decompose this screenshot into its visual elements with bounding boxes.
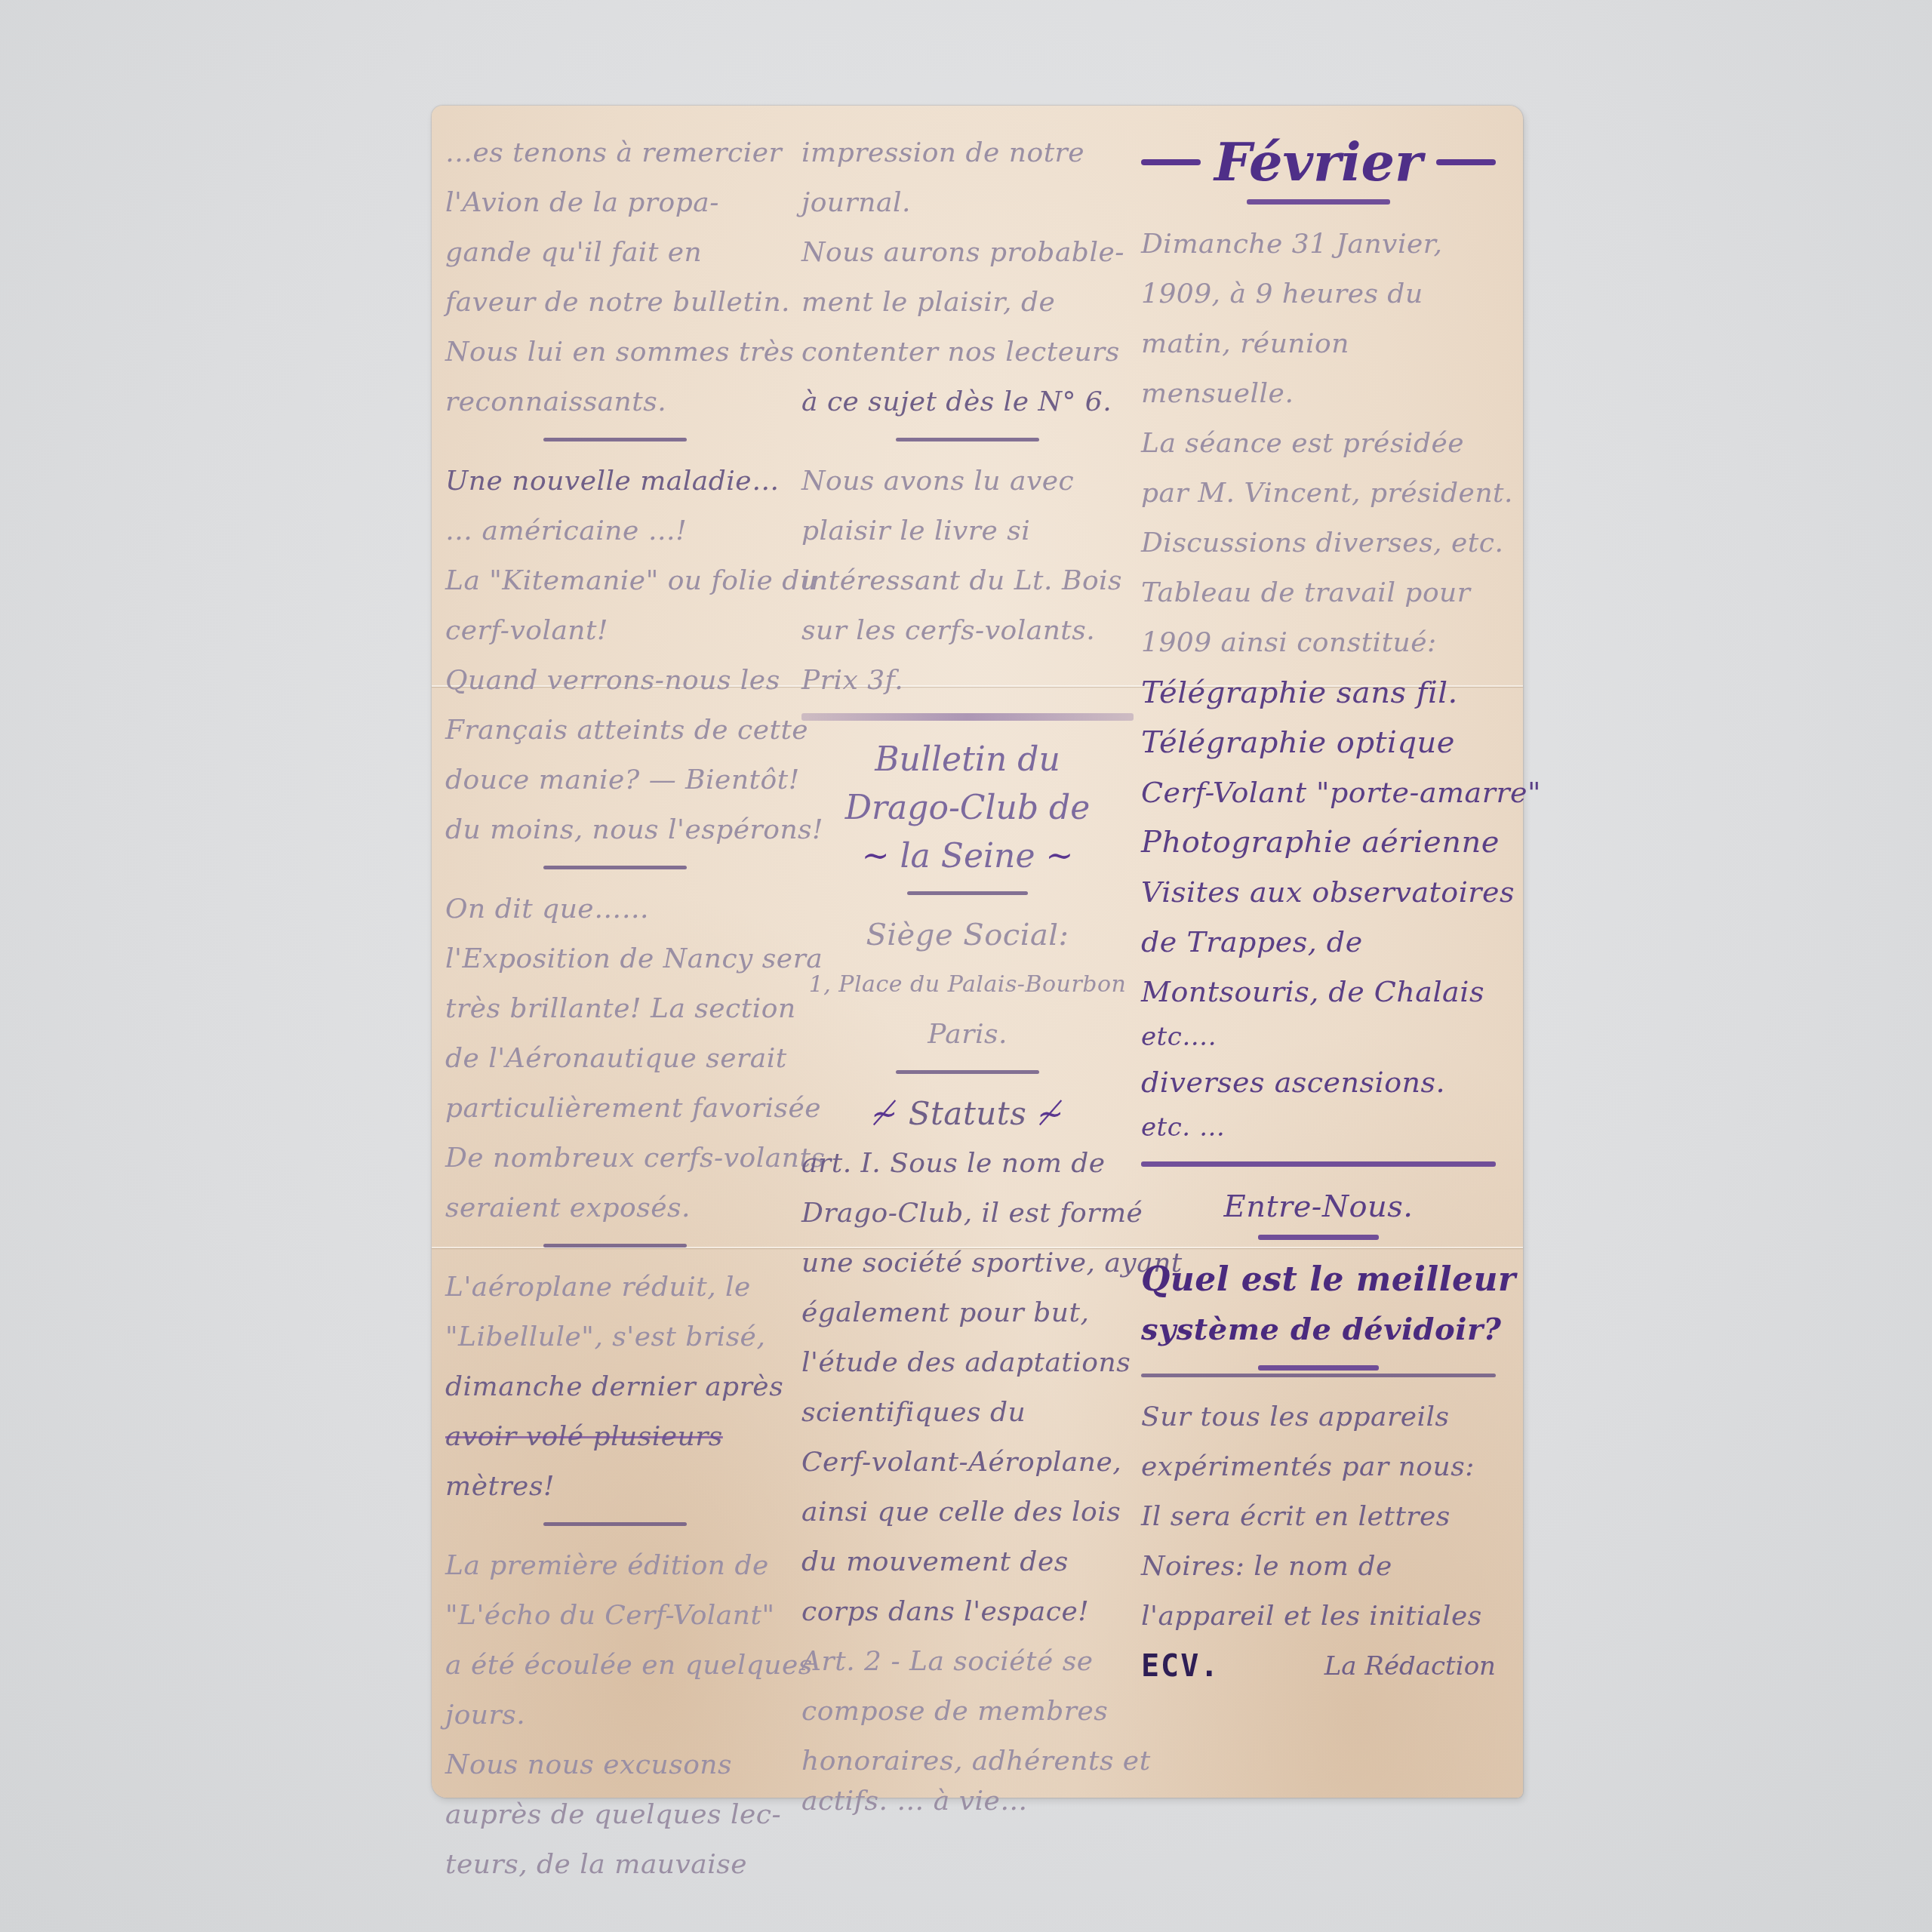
program-item: Visites aux observatoires xyxy=(1141,867,1496,917)
text-line: l'Avion de la propa- xyxy=(445,178,785,228)
divider-thick xyxy=(1141,1161,1496,1167)
note-premiere-edition: La première édition de "L'écho du Cerf-V… xyxy=(445,1541,785,1890)
text-line: … américaine …! xyxy=(445,506,785,556)
siege-label: Siège Social: xyxy=(801,910,1134,960)
text-line: gande qu'il fait en xyxy=(445,228,785,278)
note-libellule: L'aéroplane réduit, le "Libellule", s'es… xyxy=(445,1263,785,1512)
title-dash-left xyxy=(1141,159,1201,165)
swash-ornament-icon: ~ xyxy=(862,837,890,875)
signature-row: ECV. La Rédaction xyxy=(1141,1641,1496,1691)
divider-smudged xyxy=(801,713,1134,721)
text-line: contenter nos lecteurs xyxy=(801,328,1134,377)
note-livre-bois: Nous avons lu avec plaisir le livre si i… xyxy=(801,457,1134,706)
text-line: jours. xyxy=(445,1690,785,1740)
swash-ornament-icon: ≁ xyxy=(871,1095,898,1132)
signature: La Rédaction xyxy=(1324,1641,1496,1691)
divider xyxy=(543,1244,687,1247)
text-line: On dit que…… xyxy=(445,884,785,934)
masthead-line-3: ~ la Seine ~ xyxy=(801,832,1134,881)
siege-city: Paris. xyxy=(801,1010,1134,1060)
work-program: Télégraphie sans fil. Télégraphie optiqu… xyxy=(1141,668,1496,1148)
text-line: Il sera écrit en lettres xyxy=(1141,1492,1496,1542)
text-line: mensuelle. xyxy=(1141,369,1496,419)
text-line: une société sportive, ayant xyxy=(801,1238,1134,1288)
note-impression: impression de notre journal. Nous aurons… xyxy=(801,128,1134,427)
text-line: journal. xyxy=(801,178,1134,228)
divider xyxy=(543,438,687,441)
text-line: faveur de notre bulletin. xyxy=(445,278,785,328)
text-line: …es tenons à remercier xyxy=(445,128,785,178)
program-item: Photographie aérienne xyxy=(1141,817,1496,867)
text-line: art. I. Sous le nom de xyxy=(801,1139,1134,1189)
note-kitemanie: Une nouvelle maladie… … américaine …! La… xyxy=(445,457,785,855)
divider xyxy=(1247,199,1390,205)
text-line: matin, réunion xyxy=(1141,319,1496,369)
program-item: Montsouris, de Chalais xyxy=(1141,967,1496,1017)
text-line: l'Exposition de Nancy sera xyxy=(445,934,785,984)
ecv-stamp: ECV. xyxy=(1141,1641,1220,1691)
note-exposition-nancy: On dit que…… l'Exposition de Nancy sera … xyxy=(445,884,785,1233)
text-line: corps dans l'espace! xyxy=(801,1587,1134,1637)
program-item: Cerf-Volant "porte-amarre" xyxy=(1141,768,1496,817)
text-line: Nous lui en sommes très xyxy=(445,328,785,377)
text-line: Discussions diverses, etc. xyxy=(1141,518,1496,568)
text-line: l'étude des adaptations xyxy=(801,1338,1134,1388)
masthead: Bulletin du Drago-Club de ~ la Seine ~ xyxy=(801,736,1134,881)
text-line: de l'Aéronautique serait xyxy=(445,1034,785,1084)
text-line: mètres! xyxy=(445,1462,785,1512)
text-line: honoraires, adhérents et xyxy=(801,1737,1134,1786)
text-line: Prix 3f. xyxy=(801,656,1134,706)
text-line: Français atteints de cette xyxy=(445,706,785,755)
masthead-line-2: Drago-Club de xyxy=(801,784,1134,832)
text-line: Quand verrons-nous les xyxy=(445,656,785,706)
siege-address: 1, Place du Palais-Bourbon xyxy=(801,960,1134,1010)
text-line: La séance est présidée xyxy=(1141,419,1496,469)
text-line: du mouvement des xyxy=(801,1537,1134,1587)
divider xyxy=(543,1522,687,1526)
text-line: dimanche dernier après xyxy=(445,1362,785,1412)
text-line: sur les cerfs-volants. xyxy=(801,606,1134,656)
text-line: La première édition de xyxy=(445,1541,785,1591)
program-item: etc…. xyxy=(1141,1017,1496,1057)
column-left: …es tenons à remercier l'Avion de la pro… xyxy=(445,128,785,1890)
text-line: cerf-volant! xyxy=(445,606,785,656)
text-line: Dimanche 31 Janvier, xyxy=(1141,220,1496,269)
text-line: expérimentés par nous: xyxy=(1141,1442,1496,1492)
question-line: Quel est le meilleur xyxy=(1141,1255,1496,1305)
text-line: du moins, nous l'espérons! xyxy=(445,805,785,855)
text-line: Nous aurons probable- xyxy=(801,228,1134,278)
text-line: scientifiques du xyxy=(801,1388,1134,1438)
divider-long xyxy=(1141,1374,1496,1377)
swash-ornament-icon: ≁ xyxy=(1037,1095,1064,1132)
masthead-line-1: Bulletin du xyxy=(801,736,1134,784)
section-title-entre-nous: Entre-Nous. xyxy=(1141,1182,1496,1232)
text-line: ainsi que celle des lois xyxy=(801,1487,1134,1537)
divider xyxy=(907,891,1028,895)
text-line: douce manie? — Bientôt! xyxy=(445,755,785,805)
text-line: Une nouvelle maladie… xyxy=(445,457,785,506)
text-line: ment le plaisir, de xyxy=(801,278,1134,328)
text-line: particulièrement favorisée xyxy=(445,1084,785,1134)
text-line: intéressant du Lt. Bois xyxy=(801,556,1134,606)
program-item: etc. … xyxy=(1141,1107,1496,1148)
bulletin-sheet: …es tenons à remercier l'Avion de la pro… xyxy=(432,106,1523,1798)
text-line: Tableau de travail pour xyxy=(1141,568,1496,618)
text-line: 1909 ainsi constitué: xyxy=(1141,618,1496,668)
question: Quel est le meilleur système de dévidoir… xyxy=(1141,1255,1496,1355)
program-item: de Trappes, de xyxy=(1141,917,1496,967)
divider xyxy=(543,866,687,869)
text-line: plaisir le livre si xyxy=(801,506,1134,556)
text-line: De nombreux cerfs-volants xyxy=(445,1134,785,1183)
text-line: reconnaissants. xyxy=(445,377,785,427)
text-line: Nous nous excusons xyxy=(445,1740,785,1790)
text-line: l'appareil et les initiales xyxy=(1141,1592,1496,1641)
text-line-struck: avoir volé plusieurs xyxy=(445,1412,785,1462)
text-line: "Libellule", s'est brisé, xyxy=(445,1312,785,1362)
text-line: à ce sujet dès le N° 6. xyxy=(801,377,1134,427)
text-line: seraient exposés. xyxy=(445,1183,785,1233)
text-line: auprès de quelques lec- xyxy=(445,1790,785,1840)
text-line: Drago-Club, il est formé xyxy=(801,1189,1134,1238)
program-item: diverses ascensions. xyxy=(1141,1057,1496,1107)
text-line: Nous avons lu avec xyxy=(801,457,1134,506)
siege-social: Siège Social: 1, Place du Palais-Bourbon… xyxy=(801,910,1134,1060)
text-line: Noires: le nom de xyxy=(1141,1542,1496,1592)
column-middle: impression de notre journal. Nous aurons… xyxy=(801,128,1134,1817)
text-line: L'aéroplane réduit, le xyxy=(445,1263,785,1312)
text-line: très brillante! La section xyxy=(445,984,785,1034)
statuts-heading: ≁ Statuts ≁ xyxy=(801,1089,1134,1139)
text-line: également pour but, xyxy=(801,1288,1134,1338)
note-thanks: …es tenons à remercier l'Avion de la pro… xyxy=(445,128,785,427)
text-line: 1909, à 9 heures du xyxy=(1141,269,1496,319)
meeting-notice: Dimanche 31 Janvier, 1909, à 9 heures du… xyxy=(1141,220,1496,668)
text-line: actifs. … à vie… xyxy=(801,1786,1134,1817)
text-line: impression de notre xyxy=(801,128,1134,178)
text-line: Art. 2 - La société se xyxy=(801,1637,1134,1687)
divider xyxy=(896,1070,1039,1074)
divider xyxy=(1258,1235,1379,1240)
divider xyxy=(1258,1365,1379,1371)
text-line: par M. Vincent, président. xyxy=(1141,469,1496,518)
statuts-body: art. I. Sous le nom de Drago-Club, il es… xyxy=(801,1139,1134,1817)
text-line: compose de membres xyxy=(801,1687,1134,1737)
text-line: Sur tous les appareils xyxy=(1141,1392,1496,1442)
program-item: Télégraphie sans fil. xyxy=(1141,668,1496,718)
swash-ornament-icon: ~ xyxy=(1045,837,1073,875)
text-line: "L'écho du Cerf-Volant" xyxy=(445,1591,785,1641)
text-line: a été écoulée en quelques xyxy=(445,1641,785,1690)
title-dash-right xyxy=(1436,159,1496,165)
text-line: teurs, de la mauvaise xyxy=(445,1840,785,1890)
program-item: Télégraphie optique xyxy=(1141,718,1496,768)
question-line: système de dévidoir? xyxy=(1141,1305,1496,1355)
note-initials: Sur tous les appareils expérimentés par … xyxy=(1141,1392,1496,1641)
text-line: Cerf-volant-Aéroplane, xyxy=(801,1438,1134,1487)
column-right: Février Dimanche 31 Janvier, 1909, à 9 h… xyxy=(1141,128,1496,1691)
section-title-fevrier: Février xyxy=(1141,128,1496,196)
text-line: La "Kitemanie" ou folie du xyxy=(445,556,785,606)
divider xyxy=(896,438,1039,441)
